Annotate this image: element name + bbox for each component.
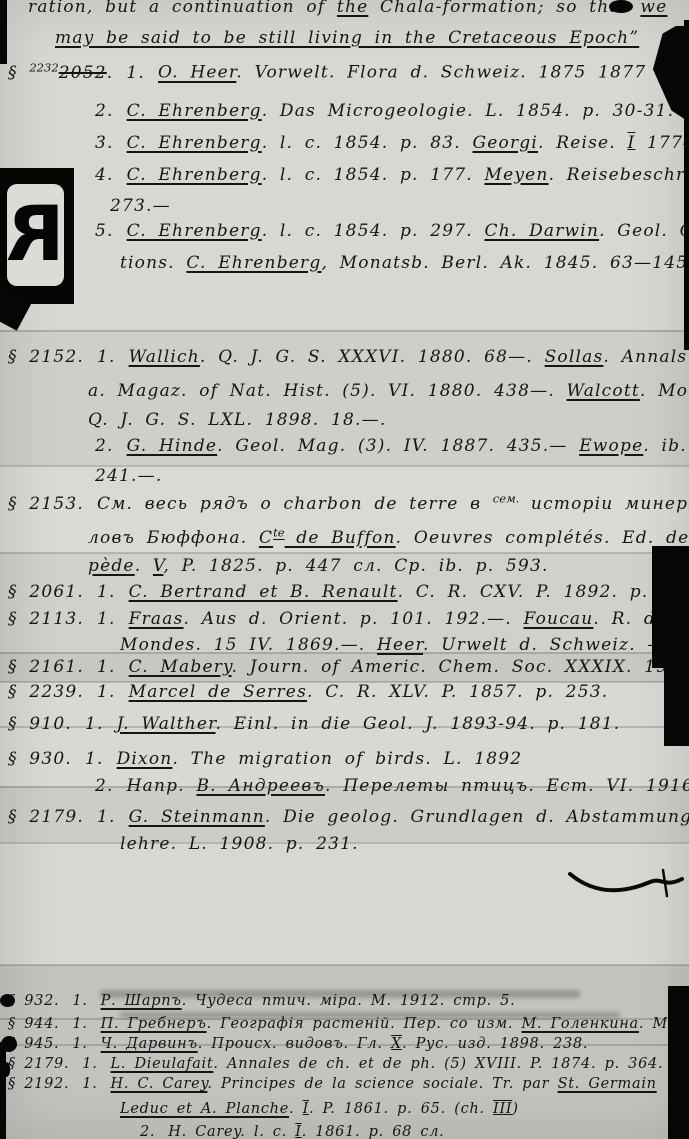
manuscript-line: ловъ Бюффона. Cte de Buffon. Oeuvres com…: [0, 519, 689, 551]
text-segment: См. весь рядъ о charbon de terre в: [97, 494, 493, 514]
item-number: 5.: [95, 221, 114, 241]
item-number: 1.: [85, 714, 104, 734]
text-segment: Wallich: [129, 347, 200, 367]
text-segment: X: [391, 1036, 402, 1052]
text-segment: . ib. (3). V.: [643, 436, 689, 456]
text-segment: C. Ehrenberg: [127, 165, 262, 185]
text-segment: Walcott: [567, 381, 640, 401]
item-number: 2.: [95, 776, 114, 796]
text-segment: C. Ehrenberg: [127, 133, 262, 153]
text-segment: G. Steinmann: [129, 807, 265, 827]
text-segment: ловъ Бюффона.: [88, 528, 259, 548]
item-number: 2.: [95, 101, 114, 121]
text-segment: . Einl. in die Geol. J. 1893-94. p. 181.: [216, 714, 621, 734]
entry-text: C. Mabery. Journ. of Americ. Chem. Soc. …: [129, 657, 689, 677]
text-segment: § 2179.: [8, 1056, 69, 1072]
text-segment: . P. 1861. p. 65. (ch.: [309, 1101, 493, 1117]
text-segment: C: [259, 528, 273, 548]
manuscript-line: Leduc et A. Planche. I. P. 1861. p. 65. …: [0, 1097, 689, 1121]
entry-text: C. Ehrenberg. l. c. 1854. p. 177. Meyen.…: [127, 165, 689, 185]
item-number: 1.: [97, 347, 116, 367]
entry-text: a. Magaz. of Nat. Hist. (5). VI. 1880. 4…: [88, 381, 689, 401]
text-segment: a. Magaz. of Nat. Hist. (5). VI. 1880. 4…: [88, 381, 567, 401]
text-segment: . Die geolog. Grundlagen d. Abstammungs-: [265, 807, 689, 827]
entry-text: Leduc et A. Planche. I. P. 1861. p. 65. …: [120, 1101, 519, 1117]
text-segment: сем.: [493, 492, 520, 506]
entry-text: ration, but a continuation of the Chala-…: [28, 0, 667, 17]
item-number: 1.: [85, 749, 104, 769]
entry-text: Fraas. Aus d. Orient. p. 101. 192.—. Fou…: [129, 609, 689, 629]
text-segment: 241.—.: [95, 466, 162, 486]
manuscript-line: § 2153.См. весь рядъ о charbon de terre …: [0, 486, 689, 518]
text-segment: O. Heer: [158, 63, 236, 83]
text-segment: lehre. L. 1908. p. 231.: [120, 834, 359, 854]
stamp-letter: R: [7, 184, 64, 286]
text-segment: . C. R. XLV. P. 1857. p. 253.: [307, 682, 608, 702]
text-segment: . l. c.: [240, 1124, 295, 1139]
item-number: 1.: [97, 609, 116, 629]
text-segment: . Mon.: [640, 381, 689, 401]
section-number: § 2152.: [8, 347, 84, 367]
text-segment: Q. J. G. S. LXL. 1898. 18.—.: [88, 410, 386, 430]
text-segment: .: [135, 556, 153, 576]
text-segment: Ewope: [579, 436, 643, 456]
manuscript-line: § 2239.1.Marcel de Serres. C. R. XLV. P.…: [0, 679, 689, 705]
text-segment: C. Mabery: [129, 657, 232, 677]
text-segment: § 2161.: [8, 657, 84, 677]
text-segment: исторіи минера-: [519, 494, 689, 514]
entry-text: Q. J. G. S. LXL. 1898. 18.—.: [88, 410, 386, 430]
text-segment: . 1861. p. 68 сл.: [302, 1124, 445, 1139]
text-segment: C. Ehrenberg: [186, 253, 321, 273]
text-segment: Sollas: [545, 347, 604, 367]
manuscript-line: § 2061.1.C. Bertrand et B. Renault. C. R…: [0, 579, 689, 605]
manuscript-line: § 932.1.Р. Шарпъ. Чудеса птич. міра. М. …: [0, 989, 689, 1013]
text-segment: . R. de deux: [593, 609, 689, 629]
entry-text: Напр. В. Андреевъ. Перелеты птицъ. Ест. …: [127, 776, 689, 796]
entry-text: Р. Шарпъ. Чудеса птич. міра. М. 1912. ст…: [101, 993, 516, 1009]
text-segment: St. Germain: [558, 1076, 657, 1092]
section-number: § 2061.: [8, 582, 84, 602]
section-number: § 2192.: [8, 1076, 69, 1092]
text-segment: . Чудеса птич. міра. М. 1912. стр. 5.: [182, 993, 516, 1009]
text-segment: .: [107, 63, 114, 83]
stamp-block: R: [0, 168, 74, 304]
entry-text: tions. C. Ehrenberg, Monatsb. Berl. Ak. …: [120, 253, 689, 273]
section-number: § 22322052.: [8, 63, 113, 83]
stamp-letter-glyph: R: [7, 189, 64, 278]
entry-text: H. Carey. l. c. I. 1861. p. 68 сл.: [168, 1124, 444, 1139]
manuscript-line: § 2192.1.H. C. Carey. Principes de la sc…: [0, 1072, 689, 1096]
entry-text: H. C. Carey. Principes de la science soc…: [111, 1076, 657, 1092]
text-segment: the: [337, 0, 368, 17]
text-segment: may be said to be still living in the Cr…: [55, 28, 639, 48]
manuscript-line: 2.G. Hinde. Geol. Mag. (3). IV. 1887. 43…: [0, 433, 689, 459]
manuscript-line: 2.Напр. В. Андреевъ. Перелеты птицъ. Ест…: [0, 773, 689, 799]
section-number: § 944.: [8, 1016, 59, 1032]
text-segment: Ch. Darwin: [485, 221, 600, 241]
manuscript-line: may be said to be still living in the Cr…: [0, 25, 689, 51]
section-number: § 932.: [8, 993, 59, 1009]
text-segment: 273.—: [110, 196, 171, 216]
text-segment: . Географія растеній. Пер. со изм.: [207, 1016, 522, 1032]
item-number: 1.: [97, 582, 116, 602]
text-segment: § 2153.: [8, 494, 84, 514]
entry-text: lehre. L. 1908. p. 231.: [120, 834, 359, 854]
text-segment: П. Гребнеръ: [101, 1016, 207, 1032]
text-segment: Heer: [377, 635, 423, 655]
text-segment: C. Bertrand et B. Renault: [129, 582, 398, 602]
text-segment: J. Walther: [117, 714, 216, 734]
text-segment: § 910.: [8, 714, 72, 734]
manuscript-line: § 2179.1.G. Steinmann. Die geolog. Grund…: [0, 804, 689, 830]
text-segment: § 2061.: [8, 582, 84, 602]
text-segment: . Reise.: [538, 133, 628, 153]
section-number: § 930.: [8, 749, 72, 769]
text-segment: . Рус. изд. 1898. 238.: [402, 1036, 588, 1052]
entry-text: C. Bertrand et B. Renault. C. R. CXV. P.…: [129, 582, 689, 602]
manuscript-line: § 22322052.1.O. Heer. Vorwelt. Flora d. …: [0, 54, 689, 86]
manuscript-line: § 930.1.Dixon. The migration of birds. L…: [0, 746, 689, 772]
section-number: § 910.: [8, 714, 72, 734]
text-segment: Foucau: [524, 609, 594, 629]
text-segment: C. Ehrenberg: [127, 221, 262, 241]
manuscript-line: 4.C. Ehrenberg. l. c. 1854. p. 177. Meye…: [0, 162, 689, 188]
text-segment: Ч. Дарвинъ: [101, 1036, 198, 1052]
entry-text: Dixon. The migration of birds. L. 1892: [117, 749, 523, 769]
text-segment: , Monatsb. Berl. Ak. 1845. 63—145—: [321, 253, 689, 273]
text-segment: , P. 1825. p. 447 сл. Ср. ib. p. 593.: [163, 556, 548, 576]
text-segment: . Geol. Observa-: [599, 221, 689, 241]
entry-text: L. Dieulafait. Annales de ch. et de ph. …: [111, 1056, 664, 1072]
manuscript-text: ration, but a continuation of the Chala-…: [0, 0, 689, 1139]
manuscript-line: § 910.1.J. Walther. Einl. in die Geol. J…: [0, 711, 689, 737]
text-segment: V: [153, 556, 164, 576]
text-segment: Meyen: [485, 165, 549, 185]
text-segment: Dixon: [117, 749, 173, 769]
item-number: 1.: [126, 63, 145, 83]
text-segment: . The migration of birds. L. 1892: [172, 749, 522, 769]
manuscript-line: 2.C. Ehrenberg. Das Microgeologie. L. 18…: [0, 98, 689, 124]
item-number: 3.: [95, 133, 114, 153]
text-segment: de Buffon: [285, 528, 396, 548]
text-segment: . Oeuvres complétés. Ed. de: [396, 528, 689, 548]
text-segment: § 2179.: [8, 807, 84, 827]
manuscript-line: § 2113.1.Fraas. Aus d. Orient. p. 101. 1…: [0, 606, 689, 632]
section-number: § 2239.: [8, 682, 84, 702]
text-segment: . l. c. 1854. p. 177.: [262, 165, 485, 185]
manuscript-line: tions. C. Ehrenberg, Monatsb. Berl. Ak. …: [0, 250, 689, 276]
manuscript-line: Q. J. G. S. LXL. 1898. 18.—.: [0, 407, 689, 433]
manuscript-line: § 2152.1.Wallich. Q. J. G. S. XXXVI. 188…: [0, 344, 689, 370]
text-segment: ): [512, 1101, 518, 1117]
item-number: 1.: [97, 682, 116, 702]
manuscript-line: a. Magaz. of Nat. Hist. (5). VI. 1880. 4…: [0, 378, 689, 404]
text-segment: tions.: [120, 253, 186, 273]
entry-text: C. Ehrenberg. l. c. 1854. p. 83. Georgi.…: [127, 133, 689, 153]
manuscript-line: 2.H. Carey. l. c. I. 1861. p. 68 сл.: [0, 1120, 689, 1139]
text-segment: 2052: [59, 63, 107, 83]
entry-text: G. Steinmann. Die geolog. Grundlagen d. …: [129, 807, 689, 827]
item-number: 1.: [72, 1036, 87, 1052]
text-segment: § 944.: [8, 1016, 59, 1032]
entry-text: C. Ehrenberg. l. c. 1854. p. 297. Ch. Da…: [127, 221, 689, 241]
section-number: § 2113.: [8, 609, 84, 629]
text-segment: III: [493, 1101, 512, 1117]
text-segment: М. Голенкина: [521, 1016, 638, 1032]
text-segment: H. Carey: [168, 1124, 240, 1139]
text-segment: . Q. J. G. S. XXXVI. 1880. 68—.: [200, 347, 545, 367]
entry-text: C. Ehrenberg. Das Microgeologie. L. 1854…: [127, 101, 675, 121]
text-segment: L. Dieulafait: [111, 1056, 214, 1072]
entry-text: J. Walther. Einl. in die Geol. J. 1893-9…: [117, 714, 621, 734]
text-segment: § 945.: [8, 1036, 59, 1052]
text-segment: § 2192.: [8, 1076, 69, 1092]
item-number: 1.: [97, 657, 116, 677]
entry-text: may be said to be still living in the Cr…: [55, 28, 639, 48]
entry-text: pède. V, P. 1825. p. 447 сл. Ср. ib. p. …: [88, 556, 549, 576]
section-number: § 2179.: [8, 807, 84, 827]
text-segment: te: [273, 525, 284, 539]
text-segment: . Aus d. Orient. p. 101. 192.—.: [184, 609, 524, 629]
entry-text: Wallich. Q. J. G. S. XXXVI. 1880. 68—. S…: [129, 347, 688, 367]
text-segment: . l. c. 1854. p. 297.: [262, 221, 485, 241]
entry-text: Mondes. 15 IV. 1869.—. Heer. Urwelt d. S…: [120, 635, 672, 655]
item-number: 1.: [72, 1016, 87, 1032]
text-segment: Mondes. 15 IV. 1869.—.: [120, 635, 377, 655]
text-segment: . Das Microgeologie. L. 1854. p. 30-31.: [262, 101, 675, 121]
text-segment: .: [289, 1101, 303, 1117]
item-number: 1.: [97, 807, 116, 827]
text-segment: 1774. 119.—.: [635, 133, 689, 153]
text-segment: § 932.: [8, 993, 59, 1009]
manuscript-line: lehre. L. 1908. p. 231.: [0, 831, 689, 857]
text-segment: 2232: [29, 60, 58, 74]
text-segment: . Annals: [603, 347, 687, 367]
entry-text: 273.—: [110, 196, 171, 216]
text-segment: . C. R. CXV. P. 1892. p. 138 сл.: [398, 582, 689, 602]
section-number: § 2179.: [8, 1056, 69, 1072]
text-segment: . Vorwelt. Flora d. Schweiz. 1875 1877: [236, 63, 646, 83]
text-segment: § 2239.: [8, 682, 84, 702]
text-segment: В. Андреевъ: [196, 776, 325, 796]
text-segment: . Principes de la science sociale. Tr. p…: [207, 1076, 557, 1092]
text-segment: . Происх. видовъ. Гл.: [198, 1036, 391, 1052]
text-segment: . Reisebeschreibung.: [549, 165, 689, 185]
manuscript-line: § 2161.1.C. Mabery. Journ. of Americ. Ch…: [0, 654, 689, 680]
text-segment: . Geol. Mag. (3). IV. 1887. 435.—: [217, 436, 579, 456]
manuscript-line: 5.C. Ehrenberg. l. c. 1854. p. 297. Ch. …: [0, 218, 689, 244]
manuscript-line: 273.—: [0, 193, 689, 219]
entry-text: ловъ Бюффона. Cte de Buffon. Oeuvres com…: [88, 528, 689, 548]
manuscript-page: ration, but a continuation of the Chala-…: [0, 0, 689, 1139]
text-segment: Georgi: [472, 133, 538, 153]
entry-text: 241.—.: [95, 466, 162, 486]
text-segment: Напр.: [127, 776, 197, 796]
text-segment: . Перелеты птицъ. Ест. VI. 1916. стр. 6: [325, 776, 689, 796]
entry-text: G. Hinde. Geol. Mag. (3). IV. 1887. 435.…: [127, 436, 689, 456]
manuscript-line: 3.C. Ehrenberg. l. c. 1854. p. 83. Georg…: [0, 130, 689, 156]
item-number: 2.: [140, 1124, 155, 1139]
manuscript-line: pède. V, P. 1825. p. 447 сл. Ср. ib. p. …: [0, 553, 689, 579]
text-segment: H. C. Carey: [111, 1076, 208, 1092]
entry-text: Marcel de Serres. C. R. XLV. P. 1857. p.…: [129, 682, 609, 702]
text-segment: Chala-formation; so that: [368, 0, 640, 17]
text-segment: § 2152.: [8, 347, 84, 367]
item-number: 2.: [95, 436, 114, 456]
text-segment: § 930.: [8, 749, 72, 769]
text-segment: . Urwelt d. Schweiz. —.: [423, 635, 672, 655]
text-segment: . Annales de ch. et de ph. (5) XVIII. P.…: [213, 1056, 663, 1072]
text-segment: pède: [88, 556, 135, 576]
text-segment: we: [640, 0, 667, 17]
text-segment: §: [8, 63, 29, 83]
manuscript-line: ration, but a continuation of the Chala-…: [0, 0, 689, 20]
text-segment: Fraas: [129, 609, 184, 629]
text-segment: Leduc et A. Planche: [120, 1101, 289, 1117]
text-segment: Marcel de Serres: [129, 682, 307, 702]
entry-text: O. Heer. Vorwelt. Flora d. Schweiz. 1875…: [158, 63, 646, 83]
entry-text: Ч. Дарвинъ. Происх. видовъ. Гл. X. Рус. …: [101, 1036, 589, 1052]
section-number: § 945.: [8, 1036, 59, 1052]
item-number: 1.: [82, 1056, 97, 1072]
entry-text: П. Гребнеръ. Географія растеній. Пер. со…: [101, 1016, 689, 1032]
section-number: § 2161.: [8, 657, 84, 677]
text-segment: C. Ehrenberg: [127, 101, 262, 121]
text-segment: ration, but a continuation of: [28, 0, 337, 17]
item-number: 4.: [95, 165, 114, 185]
text-segment: . М. 1914. стр. 54.: [639, 1016, 689, 1032]
item-number: 1.: [72, 993, 87, 1009]
text-segment: § 2113.: [8, 609, 84, 629]
item-number: 1.: [82, 1076, 97, 1092]
text-segment: . l. c. 1854. p. 83.: [262, 133, 473, 153]
text-segment: Р. Шарпъ: [101, 993, 182, 1009]
section-number: § 2153.: [8, 494, 84, 514]
text-segment: . Journ. of Americ. Chem. Soc. XXXIX. 19…: [232, 657, 689, 677]
entry-text: См. весь рядъ о charbon de terre в сем. …: [97, 494, 689, 514]
text-segment: G. Hinde: [127, 436, 218, 456]
